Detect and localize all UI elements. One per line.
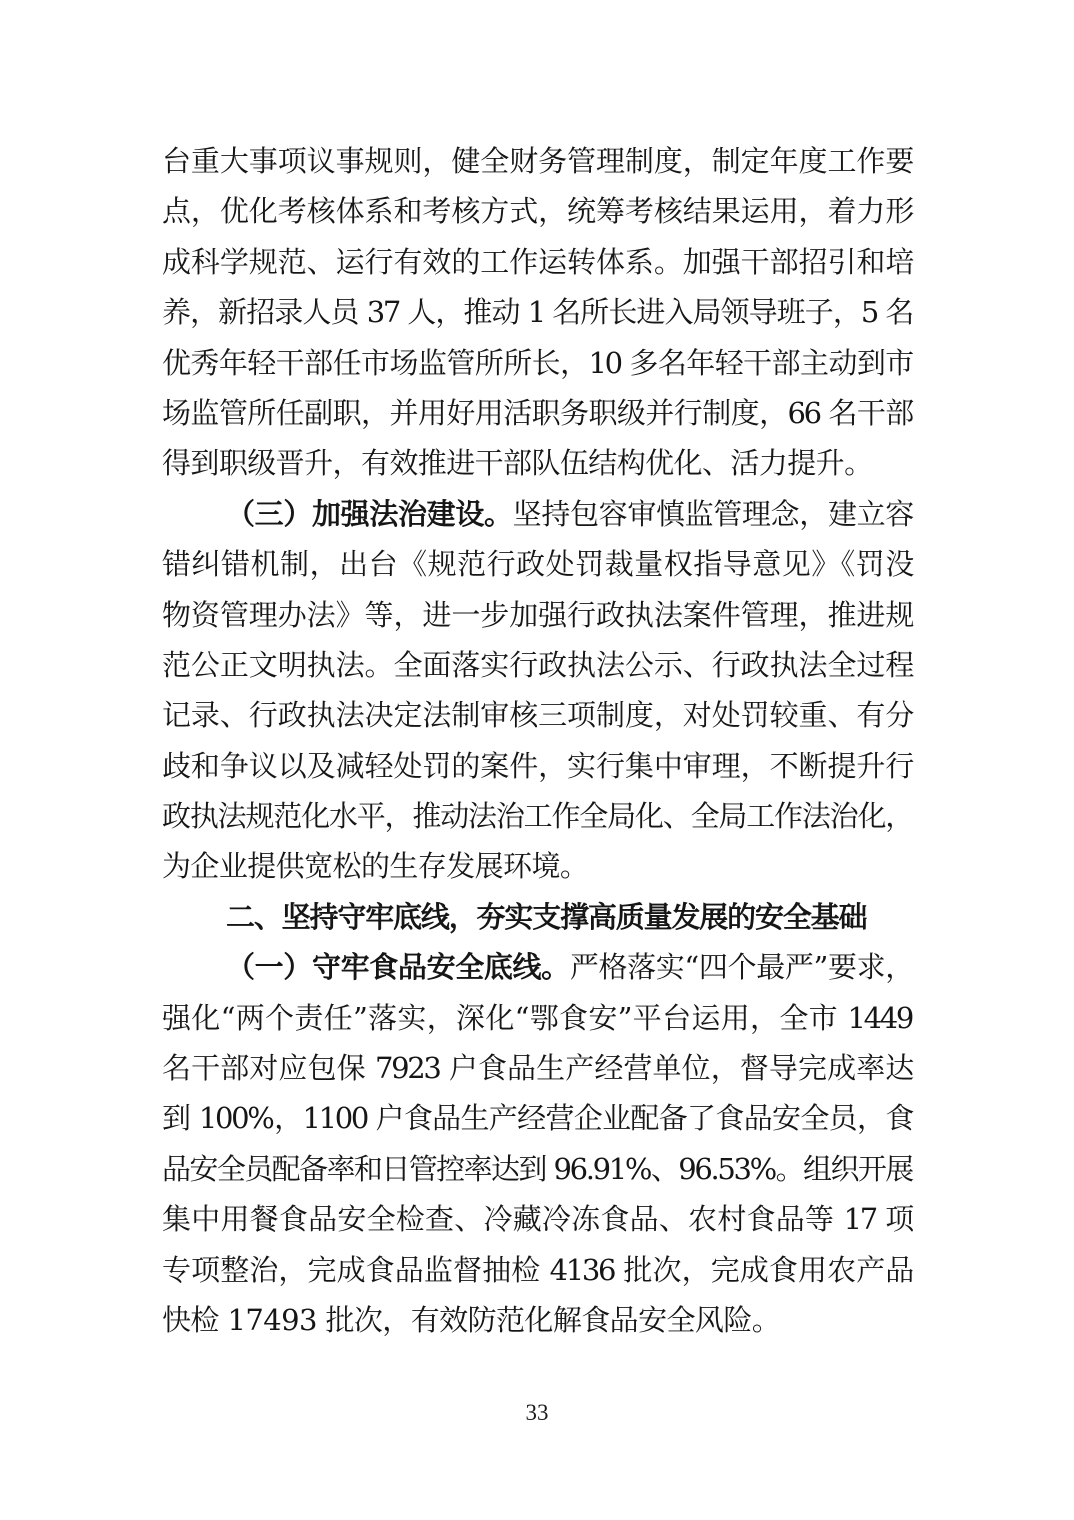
page-number: 33 [0, 1400, 1074, 1426]
text-line: 到 100%，1100 户食品生产经营企业配备了食品安全员，食 [162, 1093, 912, 1143]
paragraph-text: 坚持包容审慎监管理念，建立容 [513, 497, 912, 531]
text-line: 物资管理办法》等，进一步加强行政执法案件管理，推进规 [162, 590, 912, 640]
text-line: 点，优化考核体系和考核方式，统筹考核结果运用，着力形 [162, 186, 912, 236]
text-line: 集中用餐食品安全检查、冷藏冷冻食品、农村食品等 17 项 [162, 1194, 912, 1244]
text-line: 名干部对应包保 7923 户食品生产经营单位，督导完成率达 [162, 1043, 912, 1093]
text-line: 歧和争议以及减轻处罚的案件，实行集中审理，不断提升行 [162, 741, 912, 791]
text-line: 政执法规范化水平，推动法治工作全局化、全局工作法治化， [162, 791, 912, 841]
text-line: 强化“两个责任”落实，深化“鄂食安”平台运用，全市 1449 [162, 993, 912, 1043]
text-line: 为企业提供宽松的生存发展环境。 [162, 841, 912, 891]
text-line: 快检 17493 批次，有效防范化解食品安全风险。 [162, 1295, 912, 1345]
document-body: 台重大事项议事规则，健全财务管理制度，制定年度工作要 点，优化考核体系和考核方式… [162, 136, 912, 1345]
text-line: 范公正文明执法。全面落实行政执法公示、行政执法全过程 [162, 640, 912, 690]
section-heading: 二、坚持守牢底线，夯实支撑高质量发展的安全基础 [162, 892, 912, 942]
paragraph-text: 严格落实“四个最严”要求， [570, 950, 912, 984]
text-line: 得到职级晋升，有效推进干部队伍结构优化、活力提升。 [162, 438, 912, 488]
text-line: 错纠错机制，出台《规范行政处罚裁量权指导意见》《罚没 [162, 539, 912, 589]
text-line: 场监管所任副职，并用好用活职务职级并行制度，66 名干部 [162, 388, 912, 438]
text-line: 品安全员配备率和日管控率达到 96.91%、96.53%。组织开展 [162, 1144, 912, 1194]
text-line: 成科学规范、运行有效的工作运转体系。加强干部招引和培 [162, 237, 912, 287]
document-page: 台重大事项议事规则，健全财务管理制度，制定年度工作要 点，优化考核体系和考核方式… [0, 0, 1074, 1520]
text-line: 台重大事项议事规则，健全财务管理制度，制定年度工作要 [162, 136, 912, 186]
text-line: 专项整治，完成食品监督抽检 4136 批次，完成食用农产品 [162, 1245, 912, 1295]
paragraph-lead: （三）加强法治建设。 [226, 497, 513, 531]
paragraph-lead: （一）守牢食品安全底线。 [226, 950, 570, 984]
text-line: 优秀年轻干部任市场监管所所长，10 多名年轻干部主动到市 [162, 338, 912, 388]
text-line: （一）守牢食品安全底线。严格落实“四个最严”要求， [162, 942, 912, 992]
text-line: （三）加强法治建设。坚持包容审慎监管理念，建立容 [162, 489, 912, 539]
text-line: 记录、行政执法决定法制审核三项制度，对处罚较重、有分 [162, 690, 912, 740]
text-line: 养，新招录人员 37 人，推动 1 名所长进入局领导班子，5 名 [162, 287, 912, 337]
